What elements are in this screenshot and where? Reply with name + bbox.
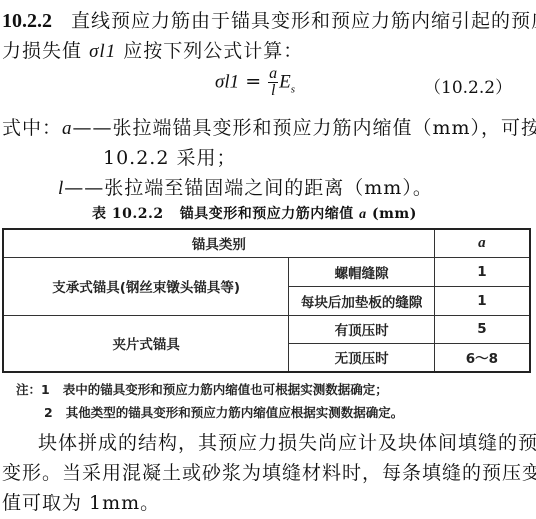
section-line1: 直线预应力筋由于锚具变形和预应力筋内缩引起的预应 (71, 10, 536, 32)
value-cell: 1 (434, 257, 530, 286)
formula: σl1 = a l Es (215, 66, 295, 99)
group-name: 夹片式锚具 (3, 315, 289, 372)
table-header-row: 锚具类别 a (3, 229, 530, 257)
anchor-table: 锚具类别 a 支承式锚具(钢丝束镦头锚具等) 螺帽缝隙 1 每块后加垫板的缝隙 … (2, 228, 531, 373)
paragraph-line3: 值可取为 1mm。 (2, 488, 160, 515)
definition-l: l——张拉端至锚固端之间的距离（mm）。 (58, 173, 433, 200)
definition-a-cont: 10.2.2 采用； (103, 143, 236, 170)
sub-category: 无顶压时 (289, 343, 434, 372)
note-2: 2 其他类型的锚具变形和预应力筋内缩值应根据实测数据确定。 (44, 403, 403, 421)
table-caption: 表 10.2.2 锚具变形和预应力筋内缩值 a (mm) (92, 203, 417, 223)
sub-category: 每块后加垫板的缝隙 (289, 286, 434, 315)
formula-label: （10.2.2） (424, 73, 512, 98)
value-cell: 1 (434, 286, 530, 315)
sub-category: 有顶压时 (289, 315, 434, 343)
section-heading: 10.2.2 直线预应力筋由于锚具变形和预应力筋内缩引起的预应 (2, 6, 536, 33)
group-name: 支承式锚具(钢丝束镦头锚具等) (3, 257, 289, 315)
paragraph-line2: 变形。当采用混凝土或砂浆为填缝材料时，每条填缝的预压变形 (2, 458, 536, 485)
note-1: 注：1 表中的锚具变形和预应力筋内缩值也可根据实测数据确定； (16, 380, 388, 398)
header-value: a (434, 229, 530, 257)
sigma-symbol: σl1 (89, 41, 116, 62)
header-category: 锚具类别 (3, 229, 434, 257)
section-number: 10.2.2 (2, 10, 52, 32)
definition-a: 式中：a——张拉端锚具变形和预应力筋内缩值（mm），可按表 (2, 113, 536, 140)
table-row: 夹片式锚具 有顶压时 5 (3, 315, 530, 343)
value-cell: 5 (434, 315, 530, 343)
paragraph-line1: 块体拼成的结构，其预应力损失尚应计及块体间填缝的预压 (38, 428, 536, 455)
table-row: 支承式锚具(钢丝束镦头锚具等) 螺帽缝隙 1 (3, 257, 530, 286)
sub-category: 螺帽缝隙 (289, 257, 434, 286)
value-cell: 6～8 (434, 343, 530, 372)
fraction: a l (268, 66, 278, 99)
section-line2: 力损失值 σl1 应按下列公式计算： (2, 36, 303, 63)
